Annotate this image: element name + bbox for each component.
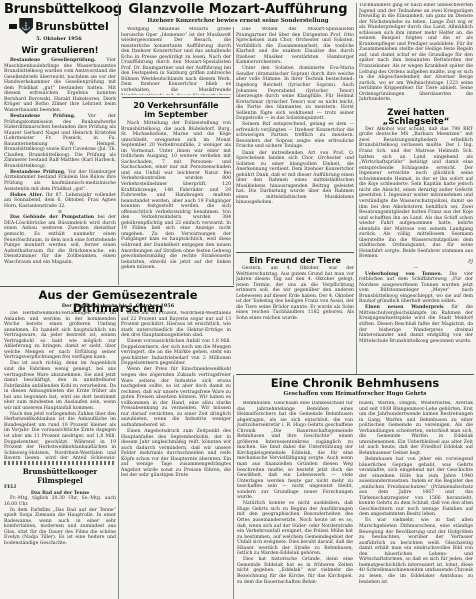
paragraph: Es war vielmehr, wie in fast allen Marsc… (359, 518, 473, 585)
masthead-title-brunsbuettelkoog: Brunsbüttelkoog (4, 2, 114, 17)
item-text: bei der DEA-Löschbrücke am Büsumdeich wi… (4, 215, 116, 264)
gratulation-items: Bestandene Gesellenprüfung. Vier Maschin… (4, 58, 116, 265)
paragraph: Der Alkohol war schuld, daß das 798 BRT … (359, 127, 473, 260)
paragraph: Dies hat historische Gründe, denn eine G… (237, 557, 353, 585)
paragraph: Gestern, am 4. Oktober, war der Welttier… (236, 266, 354, 321)
gratulation-item: Bestandene Prüfung. Vor der Prüfungskomm… (4, 114, 116, 169)
masthead-subtitle-row: ⚓ Brunsbüttel (4, 18, 114, 34)
paragraph: In dem Farbfilm „Das Bad auf der Tenne“ … (4, 508, 116, 547)
paragraph: Wolfgang Amadeus Mozarts große heroische… (121, 27, 231, 95)
column-divider (118, 311, 119, 599)
headline-mozart: Glanzvolle Mozart-Aufführung (120, 2, 356, 17)
paragraph: Behmhusen. Gleichsam eine Dankesschuld f… (237, 401, 353, 501)
divider-line (236, 252, 354, 253)
column-divider (233, 27, 234, 285)
subheadline-chronik: Geschaffen vom Heimatforscher Hugo Gehrt… (236, 391, 474, 397)
subheadline-mozart: Itzehoer Konzertchor bewies erneut seine… (120, 18, 356, 24)
paragraph: Einem voraussichtlichen Anfall von 1,8 M… (121, 339, 231, 367)
gratulation-item: Hohes Alter. Ihr 87. Lebensjahr vollende… (4, 193, 116, 210)
paragraph: Das ist auch richtig, denn im Augenblick… (4, 361, 116, 411)
chronik-column-a: Behmhusen. Gleichsam eine Dankesschuld f… (237, 401, 353, 599)
paragraph: husen, Warfen, Dingen, Westerbüttel, Ave… (359, 401, 473, 456)
chronik-column-b: husen, Warfen, Dingen, Westerbüttel, Ave… (359, 401, 473, 599)
item-lead: Ueberholung von Tonnen. (365, 272, 442, 277)
mozart-column-a: Wolfgang Amadeus Mozarts große heroische… (121, 27, 231, 95)
article-filmspiegel: Brunsbüttelkooger Filmspiegel FELI Das B… (4, 467, 116, 547)
item-lead: Bestandene Prüfung. (10, 114, 75, 119)
showtimes: Fr.-Mtg. täglich 20.30 Uhr, So.-Mtg. auc… (4, 496, 116, 507)
article-verkehrsunfaelle: 20 Verkehrsunfälle im September Nach Mit… (121, 101, 231, 285)
verkehr-body: Nach Mitteilung der Polizeistellung von … (121, 121, 231, 271)
paragraph: Tuchhändlers ging er nach einer unbeschw… (359, 3, 473, 103)
item-text: Vier Maschinenbaulehrlinge des Wasserbau… (4, 58, 116, 113)
tiere-continuation: Tuchhändlers ging er nach einer unbeschw… (359, 3, 473, 103)
newspaper-page: Brunsbüttelkoog ⚓ Brunsbüttel 5. Oktober… (0, 0, 476, 599)
subheadline-gemuesezentrale: Der Kopfkohlabsatz bis 5. Oktober 1956 (2, 303, 234, 309)
decorative-border (4, 461, 116, 465)
paragraph: Natürlich konnte es nicht ausbleiben, da… (237, 501, 353, 556)
paragraph: Wenn der Preis für Einschneideweißkohl w… (121, 367, 231, 428)
issue-date: 5. Oktober 1956 (4, 36, 114, 42)
heading-wir-gratulieren: Wir gratulieren! (4, 46, 116, 56)
paragraph: Dank der mitreißenden Art von Prof. O. S… (236, 151, 354, 206)
headline-verkehrsunfaelle-2: im September (121, 110, 231, 119)
paragraph: Seinem Ruf entsprechend, gelang es dem —… (236, 122, 354, 150)
headline-verkehrsunfaelle-1: 20 Verkehrsunfälle (121, 101, 231, 110)
column-divider (233, 375, 234, 599)
article-freund-der-tiere: Ein Freund der Tiere Gestern, am 4. Okto… (236, 256, 354, 370)
tiere-body: Gestern, am 4. Oktober, war der Welttier… (236, 266, 354, 321)
schlagseite-body: Der Alkohol war schuld, daß das 798 BRT … (359, 127, 473, 344)
paragraph: Nach Mitteilung der Polizeistellung von … (121, 121, 231, 271)
news-item: Einen neuen Wanderpreis für die Mittelsc… (359, 305, 473, 344)
gratulation-item: Bestandene Gesellenprüfung. Vier Maschin… (4, 58, 116, 113)
item-lead: Das Gebäude der Pumpstation (10, 215, 94, 220)
masthead: Brunsbüttelkoog ⚓ Brunsbüttel 5. Oktober… (4, 2, 114, 42)
headline-freund-der-tiere: Ein Freund der Tiere (236, 256, 354, 265)
paragraph: Die Herbstweißkohl-Verladungen sind im A… (4, 311, 116, 361)
paragraph: Unter den Solisten dominierte Eva-Maria … (236, 66, 354, 121)
item-lead: Hohes Alter. (10, 193, 43, 198)
item-lead: Bestandene Gesellenprüfung. (10, 58, 96, 63)
paragraph: Einen Angebotsdruck zum Zeitpunkt des Ha… (121, 429, 231, 479)
column-gratulationen: Wir gratulieren! Bestandene Gesellenprüf… (4, 45, 116, 285)
pumpstation-item: Das Gebäude der Pumpstation bei der DEA-… (4, 215, 116, 265)
paragraph: Nach den jetzt vorliegenden Zahlen über … (4, 412, 116, 459)
headline-chronik: Eine Chronik Behmhusens (236, 377, 474, 390)
divider-line (236, 374, 474, 375)
column-right: Tuchhändlers ging er nach einer unbeschw… (359, 3, 473, 375)
divider-line (122, 97, 230, 98)
film-body: FELI Das Bad auf der Tenne Fr.-Mtg. tägl… (4, 485, 116, 547)
crest-icon: ⚓ (19, 18, 33, 34)
paragraph: Behmhusen hat von jeher ein vorwiegend b… (359, 457, 473, 518)
news-item: Ueberholung von Tonnen. Die vier rotblic… (359, 272, 473, 305)
column-divider (356, 3, 357, 375)
masthead-bar-left (9, 24, 17, 29)
item-lead: Einen neuen Wanderpreis (365, 305, 444, 310)
anchor-icon: ⚓ (21, 22, 31, 31)
item-text: Die vier rotblichen auf dem Schiffahrtsw… (359, 272, 473, 305)
gemuese-column-a: Die Herbstweißkohl-Verladungen sind im A… (4, 311, 116, 459)
gemuese-column-b: ernte auf 30 Prozent, Nordrhein-Westfale… (121, 311, 231, 599)
paragraph: ernte auf 30 Prozent, Nordrhein-Westfale… (121, 311, 231, 339)
headline-filmspiegel: Brunsbüttelkooger Filmspiegel (4, 467, 116, 485)
item-text: Vor der Prüfungskommission des Baubandwe… (4, 114, 116, 169)
divider-line (0, 286, 234, 287)
headline-schlagseite: Zwei hatten „Schlagseite“ (359, 109, 473, 127)
item-text: für die Mittelschulvergleichskämpfe im R… (359, 305, 473, 343)
paragraph: Das Wollen des Mozart-Spezialisten Paumg… (236, 27, 354, 66)
gratulation-item: Bestandene Prüfung. Vor der Hamburger Är… (4, 170, 116, 192)
column-divider (118, 3, 119, 285)
mozart-column-b: Das Wollen des Mozart-Spezialisten Paumg… (236, 27, 354, 251)
masthead-title-brunsbuettel: Brunsbüttel (35, 20, 108, 33)
